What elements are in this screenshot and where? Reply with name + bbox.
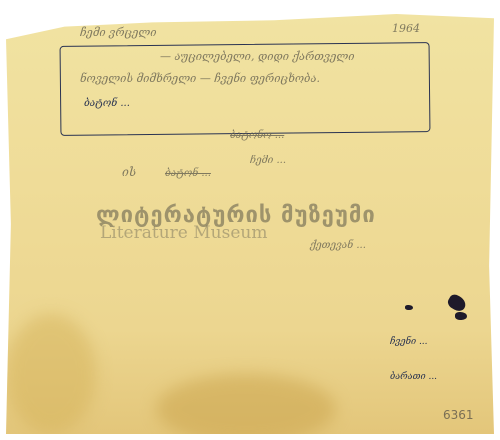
year-label: 1964 <box>392 22 420 35</box>
framed-line-1: — აუცილებელი, დიდი ქართველი <box>160 50 354 63</box>
middle-line-5: ქეთევან ... <box>310 240 366 251</box>
water-stain <box>156 374 336 440</box>
middle-line-1: ბატონო ... <box>230 130 284 141</box>
framed-line-2: ნოველის მიმხრელი — ჩვენი ფერიცხობა. <box>80 72 320 85</box>
archive-number: 6361 <box>443 408 474 422</box>
ink-blot <box>405 305 413 310</box>
watermark-english: Literature Museum <box>100 223 267 243</box>
ink-blot <box>455 312 467 320</box>
middle-line-4: ჩემი ... <box>250 155 286 166</box>
top-note: ჩემი ვრცელი <box>80 26 156 39</box>
bottom-note-2: ბარათი ... <box>390 372 437 382</box>
bottom-note-1: ჩვენი ... <box>390 337 428 347</box>
water-stain <box>6 314 96 434</box>
framed-line-3: ბატონ ... <box>84 98 130 109</box>
middle-line-3: ბატონ ... <box>165 168 211 179</box>
middle-line-2: ის <box>122 165 136 179</box>
